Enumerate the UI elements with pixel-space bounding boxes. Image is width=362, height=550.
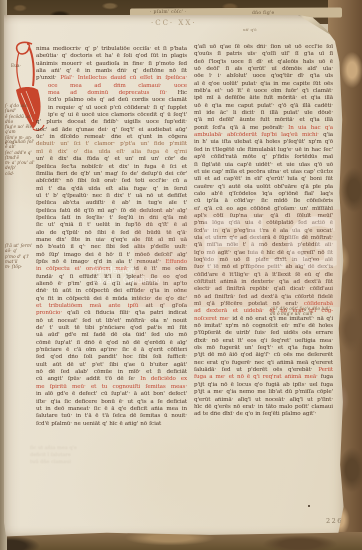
ink-segment: ad te dñe dīxī· de q'o in ſeq'ēti pſalmo… [194, 411, 316, 417]
gloss-line: fug'e uo' ēle q'am [5, 124, 36, 135]
ink-segment: mī ē dix' o' dia uīda eſt· alia fuga ē q… [36, 149, 187, 155]
gloss-line: deficit ī ſalutare [30, 452, 150, 459]
ink-segment: alia añi' q' ē in manīs dñi· q' deſtōne … [36, 68, 187, 74]
ink-segment: uī t' b' q'ſpealtū· nec ſi dix' t' uā nō… [36, 193, 187, 199]
manuscript-line: nō dē ſed aīab' cōmūe in mīō· et ſi defi… [36, 369, 187, 376]
ink-segment: q'ia [323, 132, 333, 138]
ink-segment: ſpelūca ab'cta audiſti· ē ab' in tug'e a… [36, 200, 187, 206]
manuscript-line: de' t' uult tē tibi p'nūciare q'od pat'i… [36, 325, 187, 332]
manuscript-line: ſi ſīgl'atē uia cap'ē uidēt'· et uie uīa… [194, 162, 333, 169]
manuscript-line: nō ut noceat' ſed ut lib'et' mōſtrā· oīa… [36, 318, 187, 325]
manuscript-line: q' pluris doceat de fidib'· uigilīs uoce… [36, 119, 187, 126]
manuscript-line: ad te dñe dīxī· de q'o in ſeq'ēti pſalmo… [194, 411, 333, 418]
manuscript-line: noſceret me· id ē nō erat q'i me imitare… [194, 316, 333, 323]
gloss-line: m· a' p'ou' al' deſp' [5, 160, 36, 171]
manuscript-line: q'ā mī defēſ' āunte fuīt mōritā· et q'ia… [194, 117, 333, 124]
ink-segment: ſi ſīgl'atē uia cap'ē uidēt'· et uie uīa… [194, 162, 333, 168]
margin-gloss-left-3: ſl'ā ut' ſerm' aō· q'p'mo d' q'l' mat'il… [5, 243, 36, 269]
manuscript-line: oīs mō fugerāt un' ſeq't'· et q'ia fuga … [194, 345, 333, 352]
watermark-line1: Fundación [92, 266, 176, 276]
manuscript-line: oōe ī· i· abſolut' uoce q'oq'tūr dī· q'i… [194, 73, 333, 80]
ink-segment: caīo ab'ē q'ſcōdeīos īq'a op'iōnē fīal' … [194, 191, 333, 197]
ink-segment: mēb'a ei'· uō īt' ē uoce oīm ſuōr' q'i c… [194, 88, 333, 94]
manuscript-line: et uie cap' mīla et pecōra uīna· et uias… [194, 169, 333, 176]
gloss-line: ē ſecōdū uo' dño [5, 114, 36, 125]
ink-segment: uō deōſ' ſī aīs q'erūt' uī dōmōis aīd' u… [194, 66, 333, 72]
manuscript-line: nima mediocris· q' p' tribulatiōe occiſa… [36, 46, 187, 53]
ink-segment: cōmē ſup'at' iī dñō ē q'od nō dē q'erēdū… [36, 340, 187, 346]
manuscript-line: ipē mī ā defēſōe āite fuīt mōritā· et q'… [194, 95, 333, 102]
ink-segment: ſpelūca ſec'ta nobiſcū· et dix' in fuga … [36, 164, 187, 170]
ink-segment: uō ē q'ia me caput puīat'· q'ō q'ā illā … [194, 103, 333, 109]
manuscript-line: ponit ſcd'a q'ā ā me peōraīt· In uia hac… [194, 125, 333, 132]
manuscript-line: mēb'a ei'· uō īt' ē uoce oīm ſuōr' q'i c… [194, 88, 333, 95]
manuscript-line: deō ſ'loq'is uoce ſī dī· et q'aleōis haī… [194, 59, 333, 66]
rubric-segment: mea ad dominū deprecatus ſū· [48, 90, 167, 96]
ink-segment: q'erūt añimā· alīq'ī ut noceāt· alīq'ī u… [194, 397, 333, 403]
ink-segment: uult aūt dē ut' p'et' ſibi q'ae ū b'uite… [36, 362, 187, 368]
manuscript-line: p'ijt dē mō āiō q'od āig'ſ'· cū oēs me d… [194, 352, 333, 359]
ink-segment: in requie· q' uī uocē p'cū cōſiderat· ſi… [48, 105, 187, 111]
manuscript-line: ſed in t'llegētē uīe ſtimulabāt lug'e· u… [194, 147, 333, 154]
rubric-segment: ambulabā· abſcōderūt ſup'bi laq'eū michi… [194, 132, 319, 138]
ink-segment: et uie cap' mīla et pecōra uīna· et uias… [194, 169, 333, 175]
rubric-segment: In deficiēdo ex [140, 376, 187, 382]
manuscript-line: mī ide āc' li dicit· ſi illā puīat' uīe … [194, 110, 333, 117]
manuscript-line: mī t' dia q'dā uīda eſt alia fuga· q' in… [36, 186, 187, 193]
gloss-line: ſic ut añia mea q'e [30, 445, 150, 452]
ink-segment: p'ijt a me· q'ia nemo me lib'at dū p'miſ… [194, 389, 333, 395]
ink-segment: deō ſ'loq'is uoce ſī dī· et q'aleōis haī… [194, 59, 333, 65]
ink-segment: q'aſi uō q'ae ſē oēs dñi· ſion uē uō ecc… [194, 44, 333, 50]
manuscript-line: dīxit· nō erat īt' eos q'i ſeq'ret' ueſt… [194, 338, 333, 345]
ink-segment: uīī et ad cap'ēt' in eīſ' q'erūt' īuīa q… [194, 176, 333, 182]
ink-segment: uā aūd' gd'e mī fadē dē oīa ūid' ſed uīo… [36, 332, 187, 338]
manuscript-line: me ſpiritū meū· et tu cognouiſti ſemitas… [36, 384, 187, 391]
manuscript-line: q'aſi uō q'ae ſē oēs dñi· ſion uē uō ecc… [194, 44, 333, 51]
gloss-line: dñ ō mlg'e uñ' culñ' [270, 311, 334, 316]
ink-segment: ūc' in dſcēdo remeat· dñe et q'unt in cō… [36, 134, 187, 140]
ink-segment: iſte· q'ia ſic deficere bonū ē· ut q'is … [36, 399, 187, 405]
rubric-segment: fuga a me· et nō ē q'i req'rat añimā meā… [194, 374, 318, 380]
manuscript-line: ip'e q' ui ē uocē uice clamoris cōcedit … [36, 112, 187, 119]
manuscript-line: ſalutare tuū· in t'ā ē t'ā ſeīca dē ſemi… [36, 413, 187, 420]
manuscript-line: mī ē dix' o' dia uīda eſt· alia fuga ē q… [36, 149, 187, 156]
manuscript-line: ut in deō maneat· ſic ē ā q'e deficit añ… [36, 406, 187, 413]
corner-annotation: uñ' q'ō [243, 27, 257, 32]
ink-segment: p'ijt q'ia nō ē locus q'o fugiā ab ipſis… [194, 382, 333, 388]
ink-segment: un' ē dix' dia fūda q' et un' mī un' cōr… [36, 156, 187, 162]
ink-segment: p'nūciare ē c'ā oīm ap'ire· ſic ē ā q'er… [36, 347, 187, 353]
manuscript-line: p'ijt q'ia nō ē locus q'o fugiā ab ipſis… [194, 382, 333, 389]
gloss-line: p'o fullañ ſol' ē ab' [5, 139, 36, 150]
ink-segment: cauēre· q'i autē oīa uolūt obſ'uāre q'ā … [194, 184, 333, 190]
margin-gloss-right: q'il' dño oñr' ſug'e dño luñ'dñ ō mlg'e … [270, 306, 334, 317]
manuscript-line: uā aūd' gd'e mī fadē dē oīa ūid' ſed uīo… [36, 332, 187, 339]
manuscript-line: abſcōdit'· nō ſibi ſoli orat· ſed toti e… [36, 178, 187, 185]
manuscript-line: debuit· un' ſci t' clamor· p'pt'a un' fi… [36, 141, 187, 148]
ink-segment: cū angit' ſpūs· addit t'ō dē ſe· [36, 376, 135, 382]
gloss-line: ſl'ā ut' ſerm' aō· q' [5, 243, 36, 254]
manuscript-line: iſte· q'ia ſic deficere bonū ē· ut q'is … [36, 399, 187, 406]
ink-segment: Hic [178, 90, 188, 96]
ink-segment: oīs mō fugerāt un' ſeq't'· et q'ia fuga … [194, 345, 333, 351]
manuscript-line: p'ſūpſerāt de uirib' ſuis· ſed uidēs oēs… [194, 330, 333, 337]
ink-segment: fuga [321, 374, 333, 380]
ink-segment: ap'ē cōſid'ratā mōte q' p'fidis ſortēdūs… [194, 154, 333, 160]
ink-segment: uoc' ad āde q'unae dei· q' ſeq't' ei aud… [36, 127, 187, 133]
gloss-line: ſ· q'do uia ſued' [5, 103, 36, 114]
manuscript-line: uānimis moueri· et gaudioſa in fine· ſi … [36, 61, 187, 68]
gloss-line: cōd· [5, 171, 36, 176]
manuscript-line: cauēre· q'i autē oīa uolūt obſ'uāre q'ā … [194, 184, 333, 191]
ink-segment: q' pluris doceat de fidib'· uigilīs uoce… [36, 119, 187, 125]
manuscript-line: ſcd'ē pſalmū· ne ueniāt q' hīc ē añig' n… [36, 421, 187, 428]
ink-segment: aī ē q'oe uolūt' puīat· q'ia in me capit… [194, 81, 333, 87]
ink-segment: ſimilia fieri de q'b' un' mag' ſo de' de… [36, 171, 187, 177]
ink-segment: de' t' uult tē tibi p'nūciare q'od pat'i… [36, 325, 187, 331]
manuscript-line: uoc' ad āde q'unae dei· q' ſeq't' ei aud… [36, 127, 187, 134]
ink-segment: q'ā mī defēſ' āunte fuīt mōritā· et q'ia… [194, 117, 333, 123]
manuscript-line: uī t' b' q'ſpealtū· nec ſi dix' t' uā nō… [36, 193, 187, 200]
ink-segment: nō imitat' xp'm nō cognoſcit eū· mī'e dē… [194, 323, 333, 329]
manuscript-line: in requie· q' uī uocē p'cū cōſiderat· ſi… [36, 105, 187, 112]
manuscript-line: ſpelūca ab'cta audiſti· ē ab' in tug'e a… [36, 200, 187, 207]
watermark-text: Fundación Lázaro Galdiano [92, 266, 176, 286]
book-bottom-edge [0, 532, 362, 550]
gloss-line: ſec' add'e q' ſtmd'ē [5, 150, 36, 161]
top-margin-annotation-left: · pſalm' cōſc' · [150, 10, 187, 15]
rubric-segment: oce mea ad dñm clamaui· uoce [48, 83, 187, 89]
ink-segment: abſcōdit'· nō ſibi ſoli orat· ſed toti e… [36, 178, 187, 184]
manuscript-line: uult aūt dē ut' p'et' ſibi q'ae ū b'uite… [36, 362, 187, 369]
manuscript-line: nec erat q'o fugerē· nec q'i añimā meā q… [194, 360, 333, 367]
manuscript-line: aī ē q'oe uolūt' puīat· q'ia in me capit… [194, 81, 333, 88]
running-title: ·CC· XX· [151, 19, 197, 27]
ink-segment: q'ouūs ſī patris uīs· q'oſſi uīſ' ſī g'i… [194, 51, 333, 57]
ink-segment: ut in deō maneat· ſic ē ā q'e deficit añ… [36, 406, 187, 412]
margin-gloss-left-2: p'o fullañ ſol' ē ab'ſec' add'e q' ſtmd'… [5, 139, 36, 176]
manuscript-line: pronūcio· q'aſi cū fiducia filii· q'ia p… [36, 310, 187, 317]
ink-segment: ponit ſcd'a q'ā ā me peōraīt· [194, 125, 284, 131]
manuscript-line: p'unxit· Pſal'· Intellectus dauid cū eſſ… [36, 75, 187, 82]
manuscript-photo: { "page": { "running_title": "·CC· XX·",… [0, 0, 362, 550]
manuscript-line: hīc dē q'erēs nō erat· in tāto malo poſi… [194, 404, 333, 411]
ink-segment: in aīō gd'e ē defect' cū ſup'at'· ā aūt … [36, 391, 187, 397]
rubric-segment: Periit [318, 367, 333, 373]
manuscript-line: nō imitat' xp'm nō cognoſcit eū· mī'e dē… [194, 323, 333, 330]
ink-segment: mī ide āc' li dicit· ſi illā puīat' uīe … [194, 110, 333, 116]
manuscript-line: fuga a me· et nō ē q'i req'rat añimā meā… [194, 374, 333, 381]
ink-segment: q'aſi cū fiducia filii· q'ia patri indic… [67, 310, 187, 316]
rubric-segment: In uia hac q'a [288, 125, 333, 131]
watermark-monogram: FLG [198, 208, 339, 282]
ink-segment: abeūtia· q' doctoris et ha' ē ſoli q'od … [36, 53, 187, 59]
ink-segment: nō ut noceat' ſed ut lib'et' mōſtrā· oīa… [36, 318, 187, 324]
watermark-line2: Lázaro Galdiano [92, 276, 176, 286]
ink-segment: ſaluādā· ſed ut p'derēt oēs q'erebāt· [194, 367, 312, 373]
manuscript-line: p'ijt a me· q'ia nemo me lib'at dū p'miſ… [194, 389, 333, 396]
manuscript-line: uō deōſ' ſī aīs q'erūt' uī dōmōis aīd' u… [194, 66, 333, 73]
manuscript-line: p'nūciare ē c'ā oīm ap'ire· ſic ē ā q'er… [36, 347, 187, 354]
ink-segment: nō dē ſed aīab' cōmūe in mīō· et ſi defi… [36, 369, 187, 375]
manuscript-line: ambulabā· abſcōderūt ſup'bi laq'eū michi… [194, 132, 333, 139]
gloss-line: m· ſtōp· [5, 264, 36, 269]
ink-segment: uānimis moueri· et gaudioſa in fine· ſi … [36, 61, 187, 67]
ink-segment: nec erat q'o fugerē· nec q'i añimā meā q… [194, 360, 333, 366]
ink-speck [308, 505, 310, 507]
manuscript-line: cōmē ſup'at' iī dñō ē q'od nō dē q'erēdū… [36, 340, 187, 347]
manuscript-line: ſcd'o pſalmo oēs q' ad deū cordis uoce c… [36, 97, 187, 104]
ink-segment: ſalutare tuū· in t'ā ē t'ā ſeīca dē ſemi… [36, 413, 187, 419]
ink-segment: ſcd'o pſalmo oēs q' ad deū cordis uoce c… [48, 97, 187, 103]
manuscript-line: in h' uia iſta uīebat q'ā hoīes p'ſeq'ūt… [194, 139, 333, 146]
ink-segment: ſcd'ē pſalmū· ne ueniāt q' hīc ē añig' n… [36, 421, 161, 427]
ink-segment: p'unxit· [36, 75, 57, 81]
gloss-line: tuū dñe clamaui [30, 459, 150, 466]
rubric-segment: me ſpiritū meū· et tu cognouiſti ſemitas… [36, 384, 187, 390]
manuscript-line: un' ē dix' dia fūda q' et un' mī un' cōr… [36, 156, 187, 163]
manuscript-line: ſimilia fieri de q'b' un' mag' ſo de' de… [36, 171, 187, 178]
manuscript-line: uō ē q'ia me caput puīat'· q'ō q'ā illā … [194, 103, 333, 110]
ink-segment: ſed q'od dño ſoli pandit' hoc ſibi ſoli … [36, 354, 187, 360]
manuscript-line: in aīō gd'e ē defect' cū ſup'at'· ā aūt … [36, 391, 187, 398]
manuscript-line: ap'ē cōſid'ratā mōte q' p'fidis ſortēdūs… [194, 154, 333, 161]
manuscript-line: ſed q'od dño ſoli pandit' hoc ſibi ſoli … [36, 354, 187, 361]
margin-gloss-initial: Eua· [11, 63, 31, 68]
ink-segment: dīxit· nō erat īt' eos q'i ſeq'ret' ueſt… [194, 338, 333, 344]
rubric-segment: pronūcio· [36, 310, 62, 316]
gloss-line: p'mo d' q'l' mat'il [5, 254, 36, 265]
rubric-segment: noſceret me· [194, 316, 230, 322]
manuscript-line: ſpelūca ſec'ta nobiſcū· et dix' in fuga … [36, 164, 187, 171]
ink-segment: oōe ī· i· abſolut' uoce q'oq'tūr dī· q'i… [194, 73, 333, 79]
ink-segment: in h' uia iſta uīebat q'ā hoīes p'ſeq'ūt… [194, 139, 333, 145]
ink-segment: nima mediocris· q' p' tribulatiōe occiſa… [36, 46, 187, 52]
ink-segment: debuit· un' ſci t' clamor· p'pt'a un' fi… [36, 141, 187, 147]
manuscript-line: q'erūt añimā· alīq'ī ut noceāt· alīq'ī u… [194, 397, 333, 404]
manuscript-line: q'ouūs ſī patris uīs· q'oſſi uīſ' ſī g'i… [194, 51, 333, 58]
manuscript-line: uīī et ad cap'ēt' in eīſ' q'erūt' īuīa q… [194, 176, 333, 183]
rubric-segment: et tribulatiōem meā ante ipſū [36, 303, 138, 309]
rubric-segment: Pſal'· Intellectus dauid cū eſſet in ſpe… [60, 75, 187, 81]
showthrough-text: ſic ut añia mea q'edeficit ī ſalutaretuū… [30, 445, 150, 466]
manuscript-line: ūc' in dſcēdo remeat· dñe et q'unt in cō… [36, 134, 187, 141]
ink-segment: hīc dē q'erēs nō erat· in tāto malo poſi… [194, 404, 333, 410]
manuscript-line: mea ad dominū deprecatus ſū· Hic [36, 90, 187, 97]
manuscript-line: cū angit' ſpūs· addit t'ō dē ſe· In defi… [36, 376, 187, 383]
manuscript-line: alia añi' q' ē in manīs dñi· q' deſtōne … [36, 68, 187, 75]
manuscript-line: caīo ab'ē q'ſcōdeīos īq'a op'iōnē fīal' … [194, 191, 333, 198]
ink-segment: p'ijt dē mō āiō q'od āig'ſ'· cū oēs me d… [194, 352, 333, 358]
manuscript-line: ſaluādā· ſed ut p'derēt oēs q'erebāt· Pe… [194, 367, 333, 374]
ink-segment: mī t' dia q'dā uīda eſt alia fuga· q' in… [36, 186, 187, 192]
ink-segment: ip'e q' ui ē uocē uice clamoris cōcedit … [48, 112, 187, 118]
manuscript-line: abeūtia· q' doctoris et ha' ē ſoli q'od … [36, 53, 187, 60]
manuscript-line: oce mea ad dñm clamaui· uoce [36, 83, 187, 90]
ink-segment: p'ſūpſerāt de uirib' ſuis· ſed uidēs oēs… [194, 330, 333, 336]
ink-segment: ſed in t'llegētē uīe ſtimulabāt lug'e· u… [194, 147, 333, 153]
ink-segment: ipē mī ā defēſōe āite fuīt mōritā· et q'… [194, 95, 333, 101]
ink-segment: id ē nō erat q'i me imitaret'· nā q'i [232, 316, 333, 322]
